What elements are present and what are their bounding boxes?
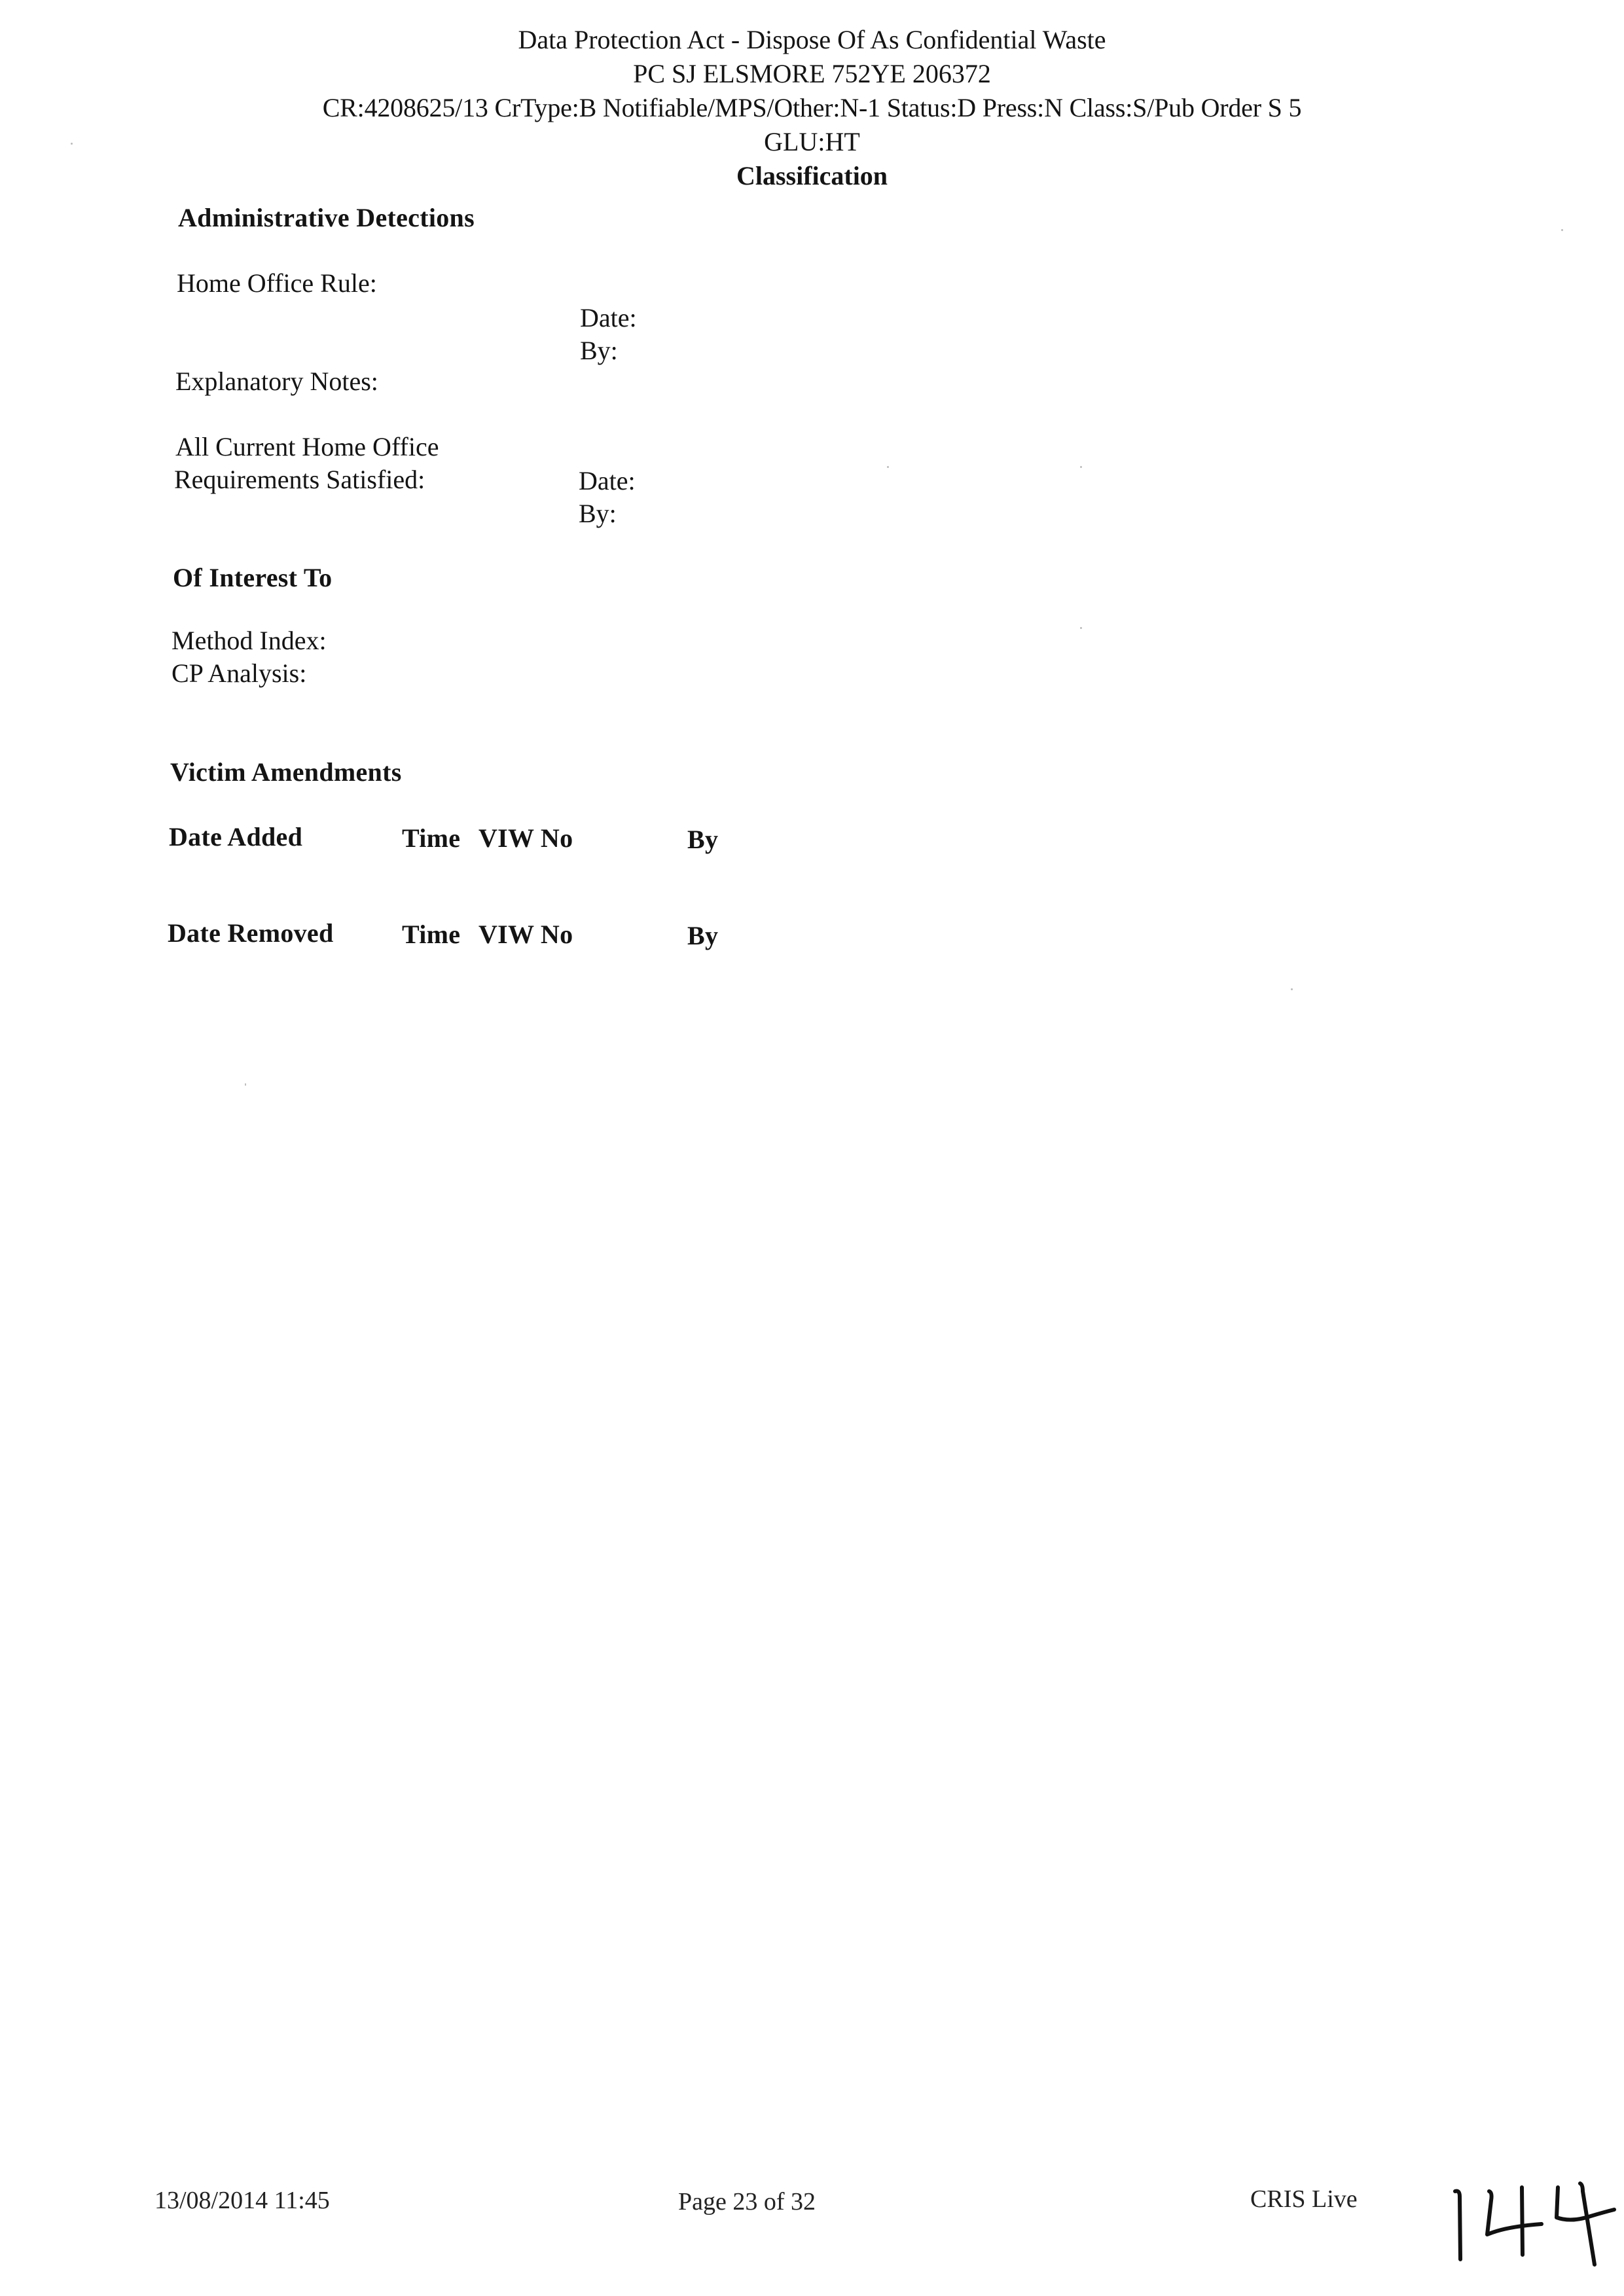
of-interest-to-heading: Of Interest To — [173, 563, 332, 593]
scan-speck — [887, 466, 889, 468]
footer-page-number: Page 23 of 32 — [678, 2187, 816, 2216]
date-label-requirements: Date: — [579, 466, 636, 496]
time-header-removed: Time — [402, 920, 460, 950]
handwritten-144-icon — [1407, 2153, 1624, 2284]
header-disposal-notice: Data Protection Act - Dispose Of As Conf… — [518, 25, 1106, 55]
header-officer: PC SJ ELSMORE 752YE 206372 — [633, 59, 991, 89]
scan-speck — [1291, 988, 1293, 990]
date-label-rule: Date: — [580, 303, 637, 333]
victim-amendments-heading: Victim Amendments — [170, 757, 402, 787]
date-removed-header: Date Removed — [168, 918, 334, 948]
header-line-1: Data Protection Act - Dispose Of As Conf… — [0, 25, 1624, 55]
requirements-label-line1: All Current Home Office — [175, 432, 439, 462]
home-office-rule-label: Home Office Rule: — [177, 268, 377, 298]
classification-title: Classification — [736, 161, 888, 191]
viw-no-header-removed: VIW No — [478, 920, 573, 950]
section-title: Classification — [0, 161, 1624, 191]
by-label-requirements: By: — [579, 499, 617, 529]
by-header-removed: By — [687, 921, 718, 951]
header-glu: GLU:HT — [764, 127, 860, 157]
scan-speck — [1561, 229, 1563, 231]
scan-speck — [1080, 627, 1082, 629]
date-added-header: Date Added — [169, 822, 302, 852]
footer-system-name: CRIS Live — [1250, 2185, 1358, 2214]
scan-speck — [1080, 466, 1082, 468]
administrative-detections-heading: Administrative Detections — [178, 203, 475, 233]
header-line-3: CR:4208625/13 CrType:B Notifiable/MPS/Ot… — [0, 93, 1624, 123]
footer-timestamp: 13/08/2014 11:45 — [154, 2186, 330, 2215]
by-header-added: By — [687, 825, 718, 855]
viw-no-header-added: VIW No — [478, 823, 573, 853]
cp-analysis-label: CP Analysis: — [171, 658, 306, 689]
time-header-added: Time — [402, 823, 460, 853]
method-index-label: Method Index: — [171, 626, 327, 656]
explanatory-notes-label: Explanatory Notes: — [175, 367, 378, 397]
requirements-label-line2: Requirements Satisfied: — [174, 465, 425, 495]
header-line-4: GLU:HT — [0, 127, 1624, 157]
by-label-rule: By: — [580, 336, 618, 366]
scan-speck — [71, 143, 73, 145]
header-line-2: PC SJ ELSMORE 752YE 206372 — [0, 59, 1624, 89]
scan-speck — [245, 1083, 246, 1086]
handwritten-page-number: 144 — [1407, 2153, 1624, 2284]
header-crime-reference: CR:4208625/13 CrType:B Notifiable/MPS/Ot… — [323, 93, 1302, 123]
